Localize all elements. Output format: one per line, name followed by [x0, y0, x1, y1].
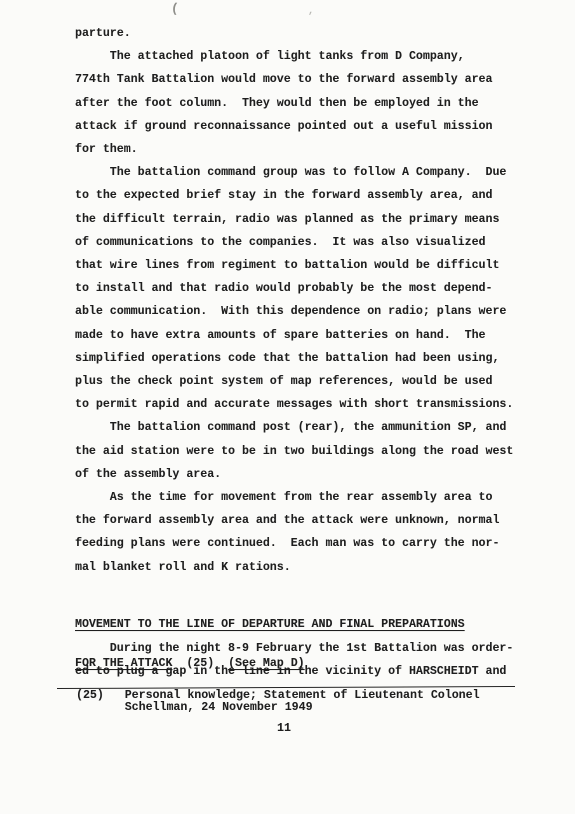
text-line: parture. — [75, 22, 513, 45]
text-line: Schellman, 24 November 1949 — [76, 702, 480, 714]
text-line: mal blanket roll and K rations. — [75, 556, 513, 579]
text-line: The battalion command post (rear), the a… — [75, 416, 513, 439]
text-line: to permit rapid and accurate messages wi… — [75, 393, 513, 416]
text-line: after the foot column. They would then b… — [75, 92, 513, 115]
text-line: The attached platoon of light tanks from… — [75, 45, 513, 68]
text-line: to the expected brief stay in the forwar… — [75, 184, 513, 207]
page-number: 11 — [277, 723, 291, 735]
text-line: feeding plans were continued. Each man w… — [75, 532, 513, 555]
text-line: the aid station were to be in two buildi… — [75, 440, 513, 463]
scanned-document-page: ( , parture. The attached platoon of lig… — [0, 0, 575, 814]
body-text: parture. The attached platoon of light t… — [75, 22, 513, 579]
stray-pen-mark: ( — [170, 1, 179, 17]
text-line: for them. — [75, 138, 513, 161]
text-line: plus the check point system of map refer… — [75, 370, 513, 393]
text-line: simplified operations code that the batt… — [75, 347, 513, 370]
stray-speck-mark: , — [308, 6, 314, 17]
text-line: to install and that radio would probably… — [75, 277, 513, 300]
section-heading-line1: MOVEMENT TO THE LINE OF DEPARTURE AND FI… — [75, 618, 465, 631]
heading-underlined-text: MOVEMENT TO THE LINE OF DEPARTURE AND FI… — [75, 618, 465, 631]
text-line: that wire lines from regiment to battali… — [75, 254, 513, 277]
text-line: of the assembly area. — [75, 463, 513, 486]
text-line: able communication. With this dependence… — [75, 300, 513, 323]
closing-paragraph: During the night 8-9 February the 1st Ba… — [75, 637, 513, 683]
text-line: 774th Tank Battalion would move to the f… — [75, 68, 513, 91]
text-line: During the night 8-9 February the 1st Ba… — [75, 637, 513, 660]
text-line: made to have extra amounts of spare batt… — [75, 324, 513, 347]
text-line: of communications to the companies. It w… — [75, 231, 513, 254]
text-line: the difficult terrain, radio was planned… — [75, 208, 513, 231]
text-line: ed to plug a gap in the line in the vici… — [75, 660, 513, 683]
text-line: As the time for movement from the rear a… — [75, 486, 513, 509]
text-line: The battalion command group was to follo… — [75, 161, 513, 184]
text-line: attack if ground reconnaissance pointed … — [75, 115, 513, 138]
footnote: (25) Personal knowledge; Statement of Li… — [76, 690, 480, 714]
text-line: the forward assembly area and the attack… — [75, 509, 513, 532]
